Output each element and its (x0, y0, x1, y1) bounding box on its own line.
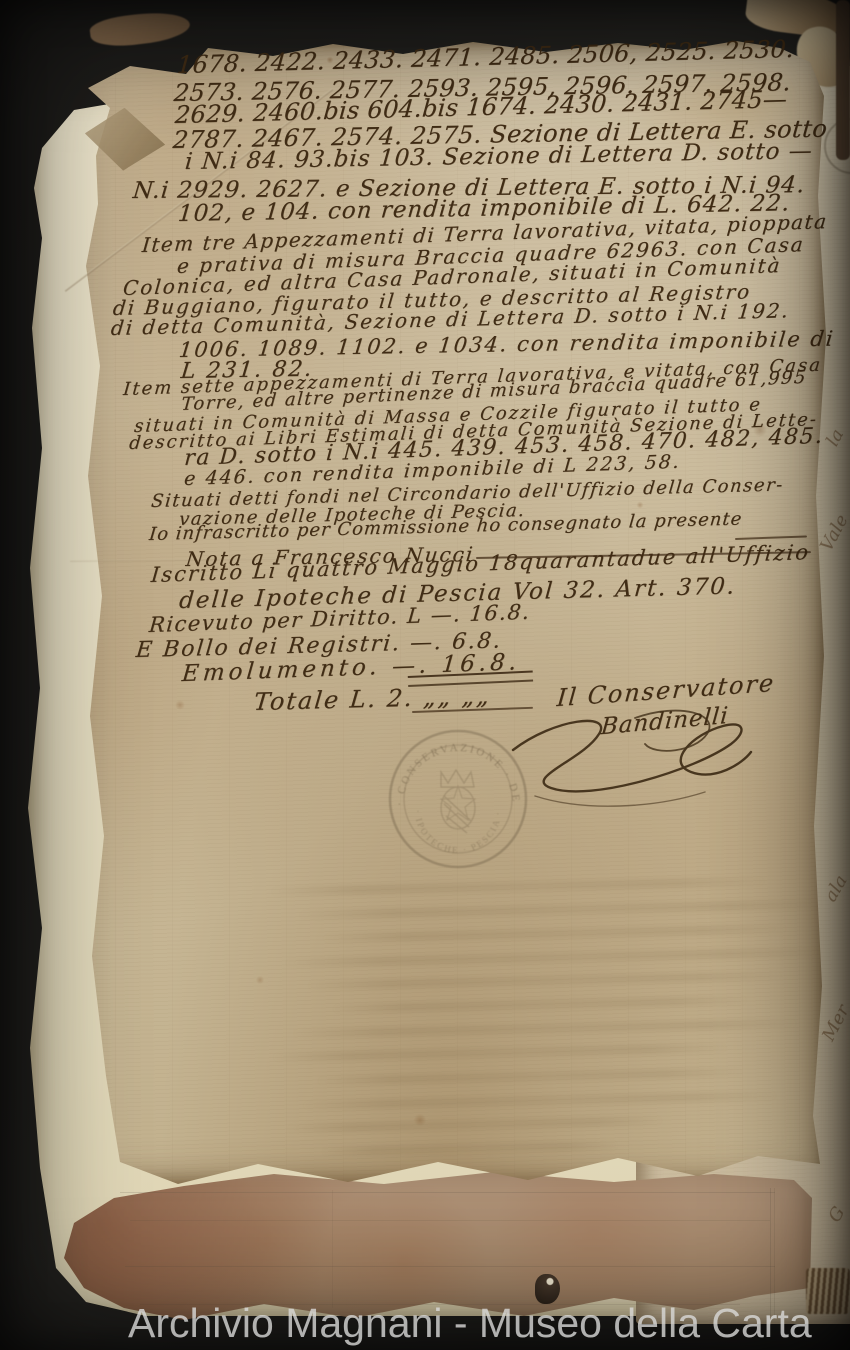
paper-crumple (836, 0, 850, 160)
signature-flourish (495, 700, 760, 825)
pencil-grid-line (332, 1190, 333, 1308)
photo-stage: la Vale ala Mer G 1678. 2422. 2433. 2471… (0, 0, 850, 1350)
pencil-grid-line (125, 1266, 775, 1267)
pencil-grid-line (770, 1188, 771, 1316)
paper-crumple (89, 8, 192, 50)
pencil-grid-line (120, 1192, 775, 1193)
page-edge-striation (806, 1268, 850, 1314)
stamp-crest-icon (441, 770, 475, 833)
pencil-grid-line (130, 1220, 770, 1221)
pencil-grid-line (774, 1188, 775, 1316)
watermark-caption: Archivio Magnani - Museo della Carta (128, 1300, 812, 1347)
